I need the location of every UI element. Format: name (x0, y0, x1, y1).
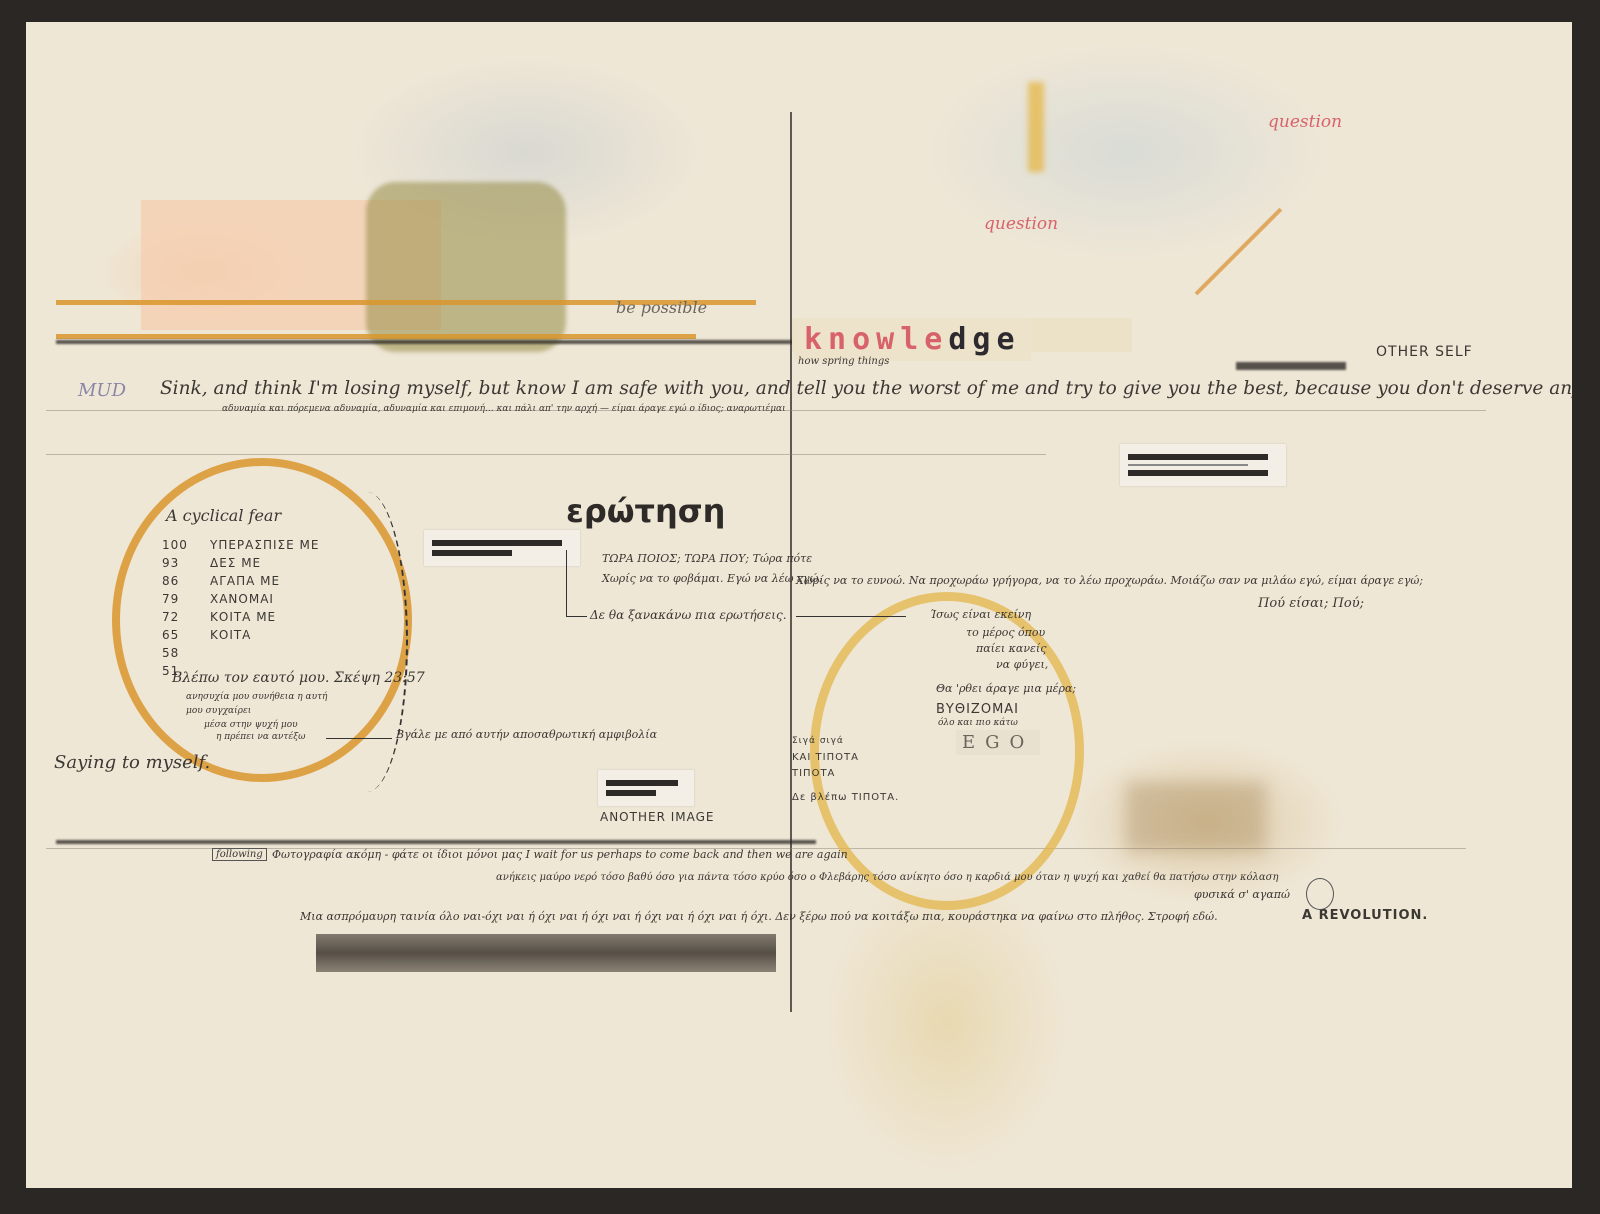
no-more-questions: Δε θα ξανακάνω πια ερωτήσεις. (590, 608, 787, 622)
left-line-2: ΚΑΙ ΤΙΠΟΤΑ (792, 752, 859, 763)
fear-item: 65ΚΟΙΤΑ (162, 628, 319, 642)
left-line-4: Δε βλέπω ΤΙΠΟΤΑ. (792, 792, 899, 803)
right-circle-line-2: το μέρος όπου (966, 626, 1045, 639)
bottom-line-3: Μια ασπρόμαυρη ταινία όλο ναι-όχι ναι ή … (300, 910, 1218, 923)
arrow-bracket (566, 550, 587, 617)
right-circle-line-1: Ίσως είναι εκείνη (930, 608, 1031, 621)
another-image-text: ANOTHER IMAGE (600, 810, 715, 824)
following-label: following (212, 848, 267, 861)
right-circle-question: Θα 'ρθει άραγε μια μέρα; (936, 682, 1076, 695)
yellow-paint-circle (810, 592, 1084, 910)
paint-drip (1126, 782, 1266, 852)
main-sentence: Sink, and think I'm losing myself, but k… (160, 378, 1572, 399)
left-line-1: Σιγά σιγά (792, 736, 844, 746)
fear-item: 100ΥΠΕΡΑΣΠΙΣΕ ΜΕ (162, 538, 319, 552)
fear-item: 86ΑΓΑΠΑ ΜΕ (162, 574, 319, 588)
center-line-2: Χωρίς να το φοβάμαι. Εγώ να λέω εγώ. (602, 572, 822, 585)
ego-label: EGO (956, 730, 1040, 755)
redacted-label-right (1120, 444, 1286, 486)
fear-item: 79ΧΑΝΟΜΑΙ (162, 592, 319, 606)
fear-item: 93ΔΕΣ ΜΕ (162, 556, 319, 570)
circle-tail-3: μέσα στην ψυχή μου (204, 720, 298, 730)
orange-crayon-stroke (1195, 208, 1283, 296)
right-circle-line-4: να φύγει, (996, 658, 1048, 671)
erotisi-title: ερώτηση (566, 492, 725, 530)
orange-crayon-line (56, 334, 696, 339)
charcoal-smear (56, 840, 816, 844)
arrow-line (796, 616, 906, 617)
fear-item: 72ΚΟΙΤΑ ΜΕ (162, 610, 319, 624)
mud-word: MUD (78, 380, 126, 401)
knowledge-subtext: how spring things (798, 356, 889, 367)
bottom-line-1: Φωτογραφία ακόμη - φάτε οι ίδιοι μόνοι μ… (272, 848, 848, 861)
knowledge-black-letters: dge (948, 322, 1020, 357)
circle-tail-2: μου συγχαίρει (186, 706, 251, 716)
center-line-3: Πού είσαι; Πού; (1258, 596, 1364, 611)
charcoal-tape-strip (316, 934, 776, 972)
question-word-top: question (1268, 112, 1342, 132)
dashed-arc (326, 492, 408, 792)
redacted-label-center (424, 530, 580, 566)
circle-tail-4: η πρέπει να αντέξω (216, 732, 306, 742)
bottom-line-2: ανήκεις μαύρο νερό τόσο βαθύ όσο για πάν… (496, 872, 1278, 883)
redacted-label-small (598, 770, 694, 806)
circle-tail-1: ανησυχία μου συνήθεια η αυτή (186, 692, 327, 702)
bottom-line-2b: φυσικά σ' αγαπώ (1194, 888, 1290, 901)
fear-item: 58 (162, 646, 319, 660)
sink-sub: όλο και πιο κάτω (938, 718, 1018, 728)
center-line-1: ΤΩΡΑ ΠΟΙΟΣ; ΤΩΡΑ ΠΟΥ; Τώρα πότε (602, 552, 812, 565)
be-possible-text: be possible (616, 298, 707, 317)
spiral-doodle (1306, 878, 1334, 910)
olive-paint-smear (366, 182, 566, 352)
left-line-3: ΤΙΠΟΤΑ (792, 768, 835, 779)
question-word-mid: question (984, 214, 1058, 234)
rule-line (46, 454, 1046, 455)
fear-list: 100ΥΠΕΡΑΣΠΙΣΕ ΜΕ 93ΔΕΣ ΜΕ 86ΑΓΑΠΑ ΜΕ 79Χ… (162, 534, 319, 682)
cyclical-fear-title: A cyclical fear (166, 506, 281, 525)
painting-canvas: be possible question question knowledge … (26, 22, 1572, 1188)
yellow-paint-drip (1028, 82, 1044, 172)
doubt-text: Βγάλε με από αυτήν αποσαθρωτική αμφιβολί… (396, 728, 657, 741)
other-self-text: OTHER SELF (1376, 344, 1473, 360)
clock-line: Βλέπω τον εαυτό μου. Σκέψη 23:57 (172, 670, 425, 686)
greek-subline: αδυναμία και πόρεμενα αδυναμία, αδυναμία… (222, 404, 786, 414)
knowledge-label: knowledge (794, 318, 1031, 361)
sink-word: ΒΥΘΙΖΟΜΑΙ (936, 702, 1019, 717)
charcoal-smear (56, 340, 816, 344)
knowledge-red-letters: knowle (804, 322, 948, 357)
charcoal-smear (1236, 362, 1346, 370)
center-line-2b: Χωρίς να το ευνοώ. Να προχωράω γρήγορα, … (796, 574, 1423, 587)
saying-to-myself: Saying to myself. (54, 752, 210, 773)
arrow-line (326, 738, 392, 739)
right-circle-line-3: παίει κανείς (976, 642, 1046, 655)
revolution-text: A REVOLUTION. (1302, 908, 1428, 923)
